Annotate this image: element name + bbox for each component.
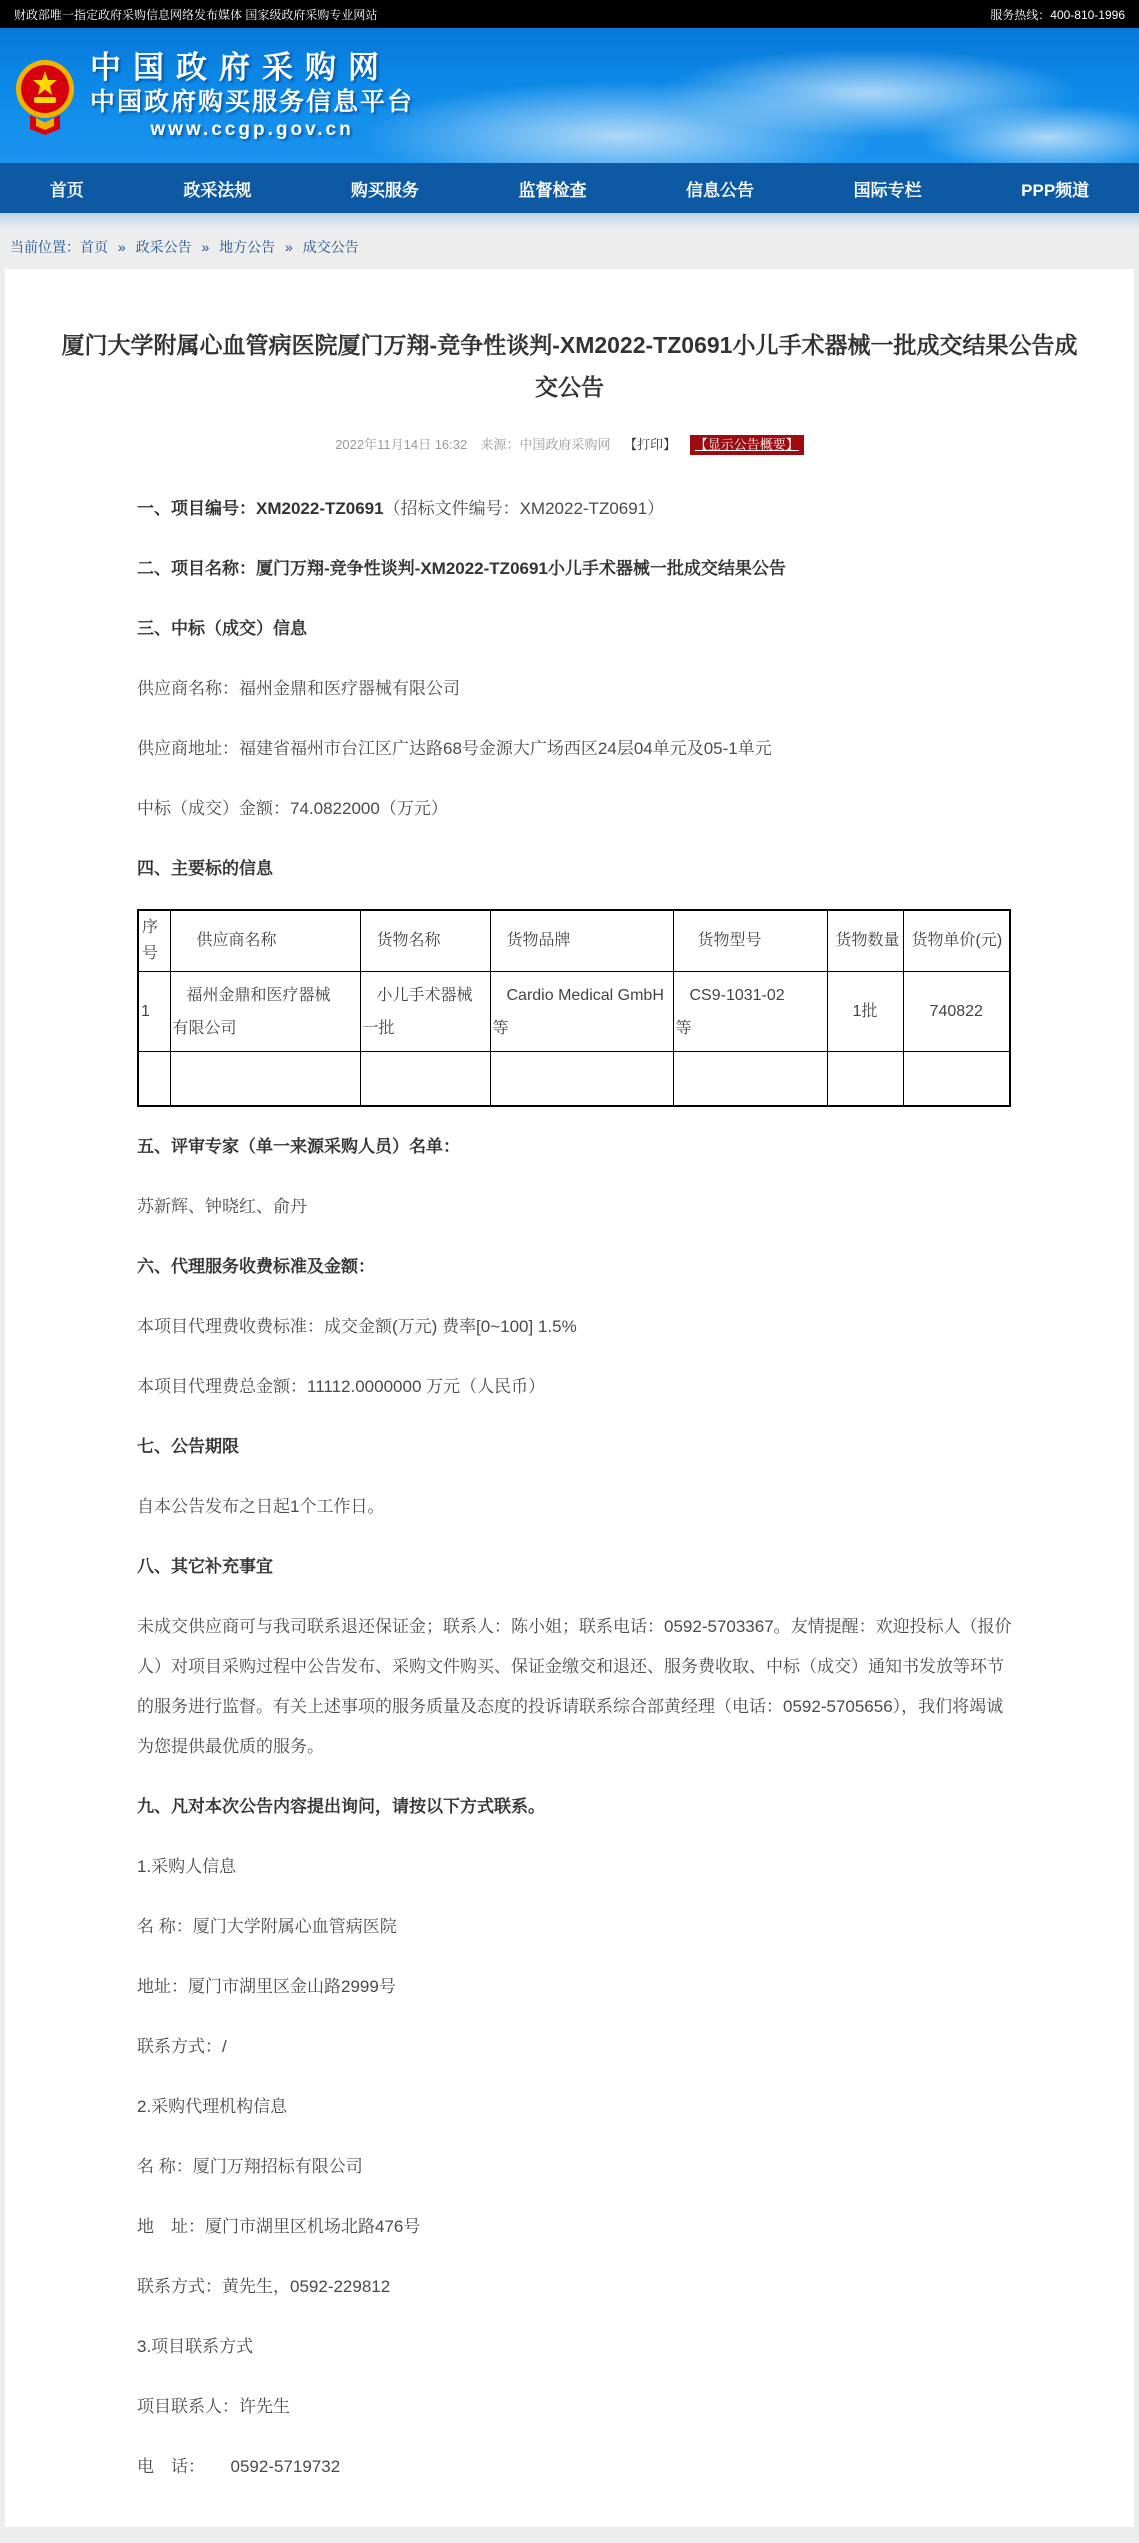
nav-item-supervision[interactable]: 监督检查 — [518, 176, 586, 201]
supplier-name: 供应商名称：福州金鼎和医疗器械有限公司 — [137, 669, 1012, 709]
show-summary-button[interactable]: 【显示公告概要】 — [690, 435, 804, 455]
table-header-unit-price: 货物单价(元) — [903, 910, 1010, 972]
national-emblem-icon — [14, 57, 76, 135]
article-source: 来源：中国政府采购网 — [480, 437, 610, 452]
breadcrumb: 当前位置：首页 » 政采公告 » 地方公告 » 成交公告 — [0, 229, 1139, 269]
cell-model: CS9-1031-02等 — [673, 972, 827, 1052]
cell-unit-price: 740822 — [903, 972, 1010, 1052]
section-heading-experts: 五、评审专家（单一来源采购人员）名单： — [137, 1127, 1012, 1167]
buyer-address: 地址：厦门市湖里区金山路2999号 — [137, 1967, 1012, 2007]
breadcrumb-current: 成交公告 — [303, 239, 359, 255]
print-button[interactable]: 【打印】 — [624, 437, 676, 452]
table-header-index: 序号 — [138, 910, 170, 972]
fee-standard: 本项目代理费收费标准：成交金额(万元) 费率[0~100] 1.5% — [137, 1307, 1012, 1347]
section-heading-award-info: 三、中标（成交）信息 — [137, 609, 1012, 649]
breadcrumb-home-link[interactable]: 首页 — [80, 239, 108, 255]
site-url: www.ccgp.gov.cn — [90, 119, 414, 141]
project-contact-person: 项目联系人：许先生 — [137, 2387, 1012, 2427]
service-hotline: 服务热线：400-810-1996 — [990, 6, 1125, 23]
cell-empty — [490, 1052, 673, 1106]
agency-info-heading: 2.采购代理机构信息 — [137, 2087, 1012, 2127]
project-contact-phone: 电 话： 0592-5719732 — [137, 2447, 1012, 2487]
table-header-supplier: 供应商名称 — [170, 910, 360, 972]
table-header-quantity: 货物数量 — [827, 910, 903, 972]
breadcrumb-separator: » — [201, 239, 209, 255]
publish-datetime: 2022年11月14日 16:32 — [335, 437, 467, 452]
breadcrumb-announcements-link[interactable]: 政采公告 — [136, 239, 192, 255]
section-heading-agency-fee: 六、代理服务收费标准及金额： — [137, 1247, 1012, 1287]
buyer-contact: 联系方式：/ — [137, 2027, 1012, 2067]
breadcrumb-separator: » — [118, 239, 126, 255]
table-row: 1 福州金鼎和医疗器械有限公司 小儿手术器械一批 Cardio Medical … — [138, 972, 1010, 1052]
buyer-name: 名 称：厦门大学附属心血管病医院 — [137, 1907, 1012, 1947]
breadcrumb-local-link[interactable]: 地方公告 — [219, 239, 275, 255]
cell-empty — [360, 1052, 490, 1106]
nav-fade-divider — [0, 213, 1139, 229]
cell-empty — [903, 1052, 1010, 1106]
article-body: 一、项目编号：XM2022-TZ0691（招标文件编号：XM2022-TZ069… — [137, 489, 1012, 2487]
cloud-decoration — [359, 81, 879, 163]
page-title: 厦门大学附属心血管病医院厦门万翔-竞争性谈判-XM2022-TZ0691小儿手术… — [55, 324, 1085, 408]
cell-empty — [170, 1052, 360, 1106]
nav-item-purchase-services[interactable]: 购买服务 — [351, 176, 419, 201]
section-heading-project-number: 一、项目编号：XM2022-TZ0691（招标文件编号：XM2022-TZ069… — [137, 489, 1012, 529]
fee-total: 本项目代理费总金额：11112.0000000 万元（人民币） — [137, 1367, 1012, 1407]
section-heading-subject-info: 四、主要标的信息 — [137, 849, 1012, 889]
article-meta: 2022年11月14日 16:32 来源：中国政府采购网 【打印】 【显示公告概… — [5, 434, 1134, 453]
site-header: 中国政府采购网 中国政府购买服务信息平台 www.ccgp.gov.cn — [0, 28, 1139, 163]
cell-quantity: 1批 — [827, 972, 903, 1052]
nav-item-home[interactable]: 首页 — [50, 176, 84, 201]
breadcrumb-separator: » — [285, 239, 293, 255]
experts-list: 苏新辉、钟晓红、俞丹 — [137, 1187, 1012, 1227]
cell-supplier: 福州金鼎和医疗器械有限公司 — [170, 972, 360, 1052]
tender-doc-number: （招标文件编号：XM2022-TZ0691） — [384, 499, 665, 518]
cell-empty — [827, 1052, 903, 1106]
table-header-brand: 货物品牌 — [490, 910, 673, 972]
agency-contact: 联系方式：黄先生，0592-229812 — [137, 2267, 1012, 2307]
section-heading-contact: 九、凡对本次公告内容提出询问，请按以下方式联系。 — [137, 1787, 1012, 1827]
announcement-period: 自本公告发布之日起1个工作日。 — [137, 1487, 1012, 1527]
table-header-model: 货物型号 — [673, 910, 827, 972]
supplier-address: 供应商地址：福建省福州市台江区广达路68号金源大广场西区24层04单元及05-1… — [137, 729, 1012, 769]
topbar-slogan: 财政部唯一指定政府采购信息网络发布媒体 国家级政府采购专业网站 — [14, 6, 377, 23]
cloud-decoration — [659, 48, 1079, 138]
table-empty-row — [138, 1052, 1010, 1106]
site-titles: 中国政府采购网 中国政府购买服务信息平台 www.ccgp.gov.cn — [90, 51, 414, 141]
article-card: 厦门大学附属心血管病医院厦门万翔-竞争性谈判-XM2022-TZ0691小儿手术… — [5, 269, 1134, 2527]
goods-table: 序号 供应商名称 货物名称 货物品牌 货物型号 货物数量 货物单价(元) 1 福… — [137, 909, 1011, 1107]
nav-item-ppp-channel[interactable]: PPP频道 — [1021, 176, 1089, 201]
nav-item-regulations[interactable]: 政采法规 — [183, 176, 251, 201]
main-nav: 首页 政采法规 购买服务 监督检查 信息公告 国际专栏 PPP频道 — [0, 163, 1139, 213]
nav-item-international[interactable]: 国际专栏 — [854, 176, 922, 201]
table-header-row: 序号 供应商名称 货物名称 货物品牌 货物型号 货物数量 货物单价(元) — [138, 910, 1010, 972]
agency-address: 地 址：厦门市湖里区机场北路476号 — [137, 2207, 1012, 2247]
section-heading-announcement-period: 七、公告期限 — [137, 1427, 1012, 1467]
buyer-info-heading: 1.采购人信息 — [137, 1847, 1012, 1887]
topbar: 财政部唯一指定政府采购信息网络发布媒体 国家级政府采购专业网站 服务热线：400… — [0, 0, 1139, 28]
cell-empty — [138, 1052, 170, 1106]
section-heading-supplement: 八、其它补充事宜 — [137, 1547, 1012, 1587]
cell-goods-name: 小儿手术器械一批 — [360, 972, 490, 1052]
section-heading-project-name: 二、项目名称：厦门万翔-竞争性谈判-XM2022-TZ0691小儿手术器械一批成… — [137, 549, 1012, 589]
project-contact-heading: 3.项目联系方式 — [137, 2327, 1012, 2367]
table-header-goods-name: 货物名称 — [360, 910, 490, 972]
project-number: 一、项目编号：XM2022-TZ0691 — [137, 499, 384, 518]
cloud-decoration — [919, 103, 1139, 163]
supplement-paragraph: 未成交供应商可与我司联系退还保证金；联系人：陈小姐；联系电话：0592-5703… — [137, 1607, 1012, 1767]
cell-index: 1 — [138, 972, 170, 1052]
breadcrumb-prefix: 当前位置： — [10, 239, 80, 255]
agency-name: 名 称：厦门万翔招标有限公司 — [137, 2147, 1012, 2187]
nav-item-announcements[interactable]: 信息公告 — [686, 176, 754, 201]
site-subtitle: 中国政府购买服务信息平台 — [90, 87, 414, 117]
award-amount: 中标（成交）金额：74.0822000（万元） — [137, 789, 1012, 829]
cell-brand: Cardio Medical GmbH等 — [490, 972, 673, 1052]
site-name: 中国政府采购网 — [90, 51, 414, 85]
cell-empty — [673, 1052, 827, 1106]
